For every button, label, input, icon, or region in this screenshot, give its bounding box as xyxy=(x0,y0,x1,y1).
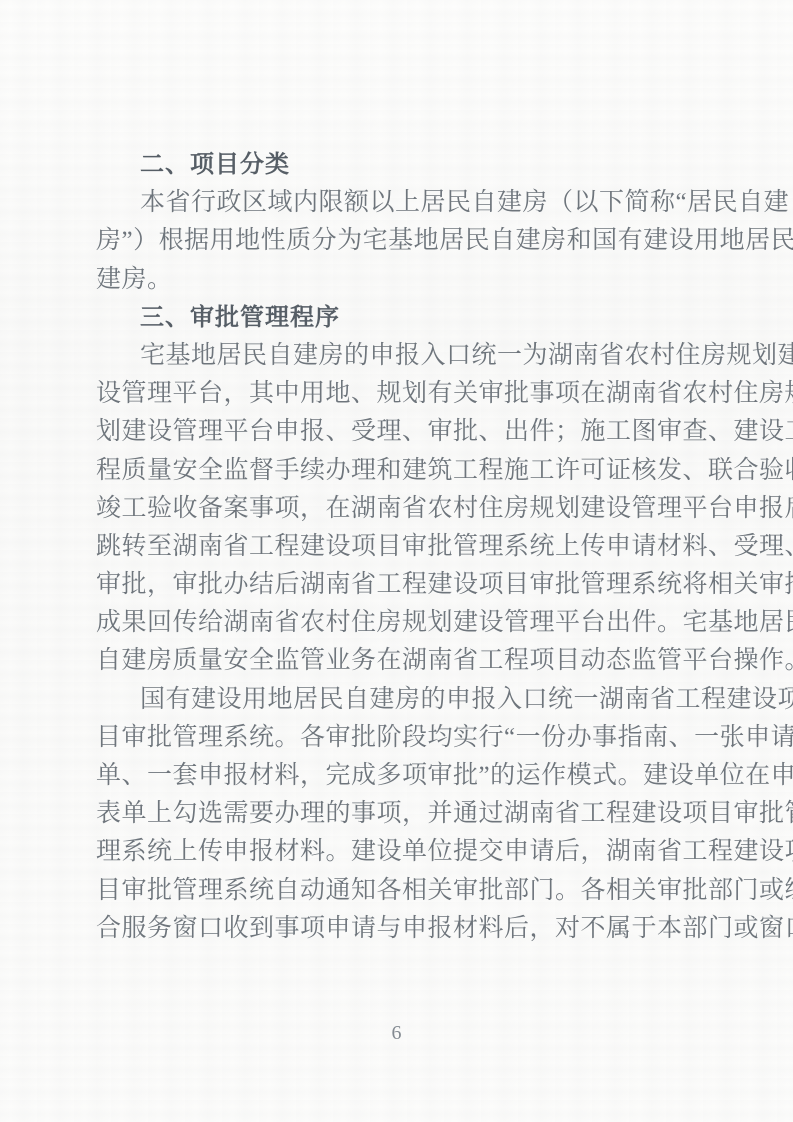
text-line: 目审批管理系统自动通知各相关审批部门。各相关审批部门或综 xyxy=(96,872,700,910)
text-line: 跳转至湖南省工程建设项目审批管理系统上传申请材料、受理、 xyxy=(96,528,700,566)
text-line: 划建设管理平台申报、受理、审批、出件；施工图审查、建设工 xyxy=(96,413,700,451)
text-line: 国有建设用地居民自建房的申报入口统一湖南省工程建设项 xyxy=(96,681,700,719)
text-line: 设管理平台，其中用地、规划有关审批事项在湖南省农村住房规 xyxy=(96,375,700,413)
text-line: 审批，审批办结后湖南省工程建设项目审批管理系统将相关审批 xyxy=(96,566,700,604)
paragraph-project-classification: 本省行政区域内限额以上居民自建房（以下简称“居民自建 房”）根据用地性质分为宅基… xyxy=(96,184,700,299)
text-line: 房”）根据用地性质分为宅基地居民自建房和国有建设用地居民自 xyxy=(96,222,700,260)
text-line: 本省行政区域内限额以上居民自建房（以下简称“居民自建 xyxy=(96,184,700,222)
document-body: 二、项目分类 本省行政区域内限额以上居民自建房（以下简称“居民自建 房”）根据用… xyxy=(96,146,700,948)
document-page: 二、项目分类 本省行政区域内限额以上居民自建房（以下简称“居民自建 房”）根据用… xyxy=(0,0,793,1122)
text-line: 表单上勾选需要办理的事项，并通过湖南省工程建设项目审批管 xyxy=(96,795,700,833)
text-line: 竣工验收备案事项，在湖南省农村住房规划建设管理平台申报后 xyxy=(96,490,700,528)
page-number: 6 xyxy=(0,1022,793,1045)
text-line: 自建房质量安全监管业务在湖南省工程项目动态监管平台操作。 xyxy=(96,642,700,680)
text-line: 成果回传给湖南省农村住房规划建设管理平台出件。宅基地居民 xyxy=(96,604,700,642)
paragraph-homestead-self-built-housing: 宅基地居民自建房的申报入口统一为湖南省农村住房规划建 设管理平台，其中用地、规划… xyxy=(96,337,700,681)
text-line: 理系统上传申报材料。建设单位提交申请后，湖南省工程建设项 xyxy=(96,833,700,871)
section-heading-project-classification: 二、项目分类 xyxy=(96,146,700,184)
paragraph-state-owned-land-self-built-housing: 国有建设用地居民自建房的申报入口统一湖南省工程建设项 目审批管理系统。各审批阶段… xyxy=(96,681,700,948)
text-line: 单、一套申报材料，完成多项审批”的运作模式。建设单位在申请 xyxy=(96,757,700,795)
text-line: 程质量安全监督手续办理和建筑工程施工许可证核发、联合验收、 xyxy=(96,452,700,490)
text-line: 目审批管理系统。各审批阶段均实行“一份办事指南、一张申请表 xyxy=(96,719,700,757)
text-line: 宅基地居民自建房的申报入口统一为湖南省农村住房规划建 xyxy=(96,337,700,375)
section-heading-approval-procedure: 三、审批管理程序 xyxy=(96,299,700,337)
text-line: 合服务窗口收到事项申请与申报材料后，对不属于本部门或窗口 xyxy=(96,910,700,948)
text-line: 建房。 xyxy=(96,261,700,299)
